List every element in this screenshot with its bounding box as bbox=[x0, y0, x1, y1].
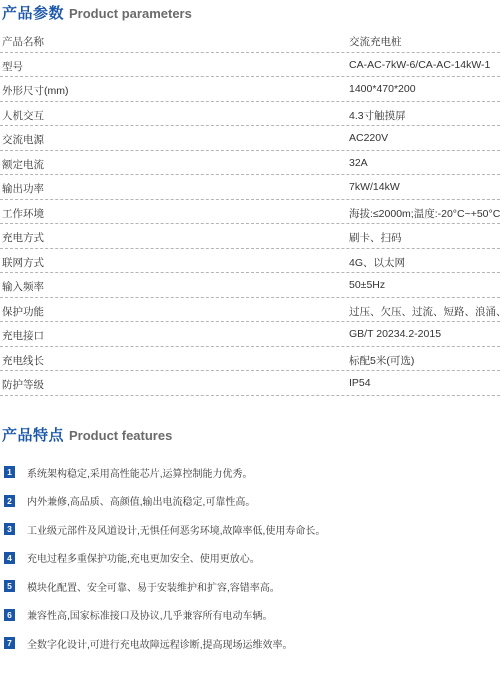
param-row-hmi: 人机交互 4.3寸触摸屏 bbox=[0, 102, 500, 127]
feature-number-badge: 7 bbox=[4, 637, 15, 649]
param-value: 7kW/14kW bbox=[349, 181, 400, 193]
feature-item: 1 系统架构稳定,采用高性能芯片,运算控制能力优秀。 bbox=[0, 458, 500, 487]
param-label: 交流电源 bbox=[2, 132, 44, 147]
param-label: 保护功能 bbox=[2, 304, 44, 319]
params-table: 产品名称 交流充电桩 型号 CA-AC-7kW-6/CA-AC-14kW-1 外… bbox=[0, 28, 500, 396]
param-row-product-name: 产品名称 交流充电桩 bbox=[0, 28, 500, 53]
param-value: 50±5Hz bbox=[349, 279, 385, 291]
param-label: 型号 bbox=[2, 59, 23, 74]
feature-number-badge: 4 bbox=[4, 552, 15, 564]
param-value: 刷卡、扫码 bbox=[349, 230, 402, 245]
param-row-protection: 保护功能 过压、欠压、过流、短路、浪涌、漏电等 bbox=[0, 298, 500, 323]
feature-text: 兼容性高,国家标准接口及协议,几乎兼容所有电动车辆。 bbox=[27, 607, 273, 622]
feature-number-badge: 1 bbox=[4, 466, 15, 478]
feature-text: 充电过程多重保护功能,充电更加安全、使用更放心。 bbox=[27, 550, 260, 565]
feature-number-badge: 3 bbox=[4, 523, 15, 535]
param-row-environment: 工作环境 海拔:≤2000m;温度:-20°C~+50°C bbox=[0, 200, 500, 225]
param-row-charging-method: 充电方式 刷卡、扫码 bbox=[0, 224, 500, 249]
features-list: 1 系统架构稳定,采用高性能芯片,运算控制能力优秀。 2 内外兼修,高品质、高颜… bbox=[0, 458, 500, 658]
feature-item: 3 工业级元部件及风道设计,无惧任何恶劣环境,故障率低,使用寿命长。 bbox=[0, 515, 500, 544]
param-value: GB/T 20234.2-2015 bbox=[349, 328, 441, 340]
param-label: 输入频率 bbox=[2, 279, 44, 294]
param-row-charging-interface: 充电接口 GB/T 20234.2-2015 bbox=[0, 322, 500, 347]
param-row-model: 型号 CA-AC-7kW-6/CA-AC-14kW-1 bbox=[0, 53, 500, 78]
feature-text: 全数字化设计,可进行充电故障远程诊断,提高现场运维效率。 bbox=[27, 636, 293, 651]
param-label: 产品名称 bbox=[2, 34, 44, 49]
feature-text: 系统架构稳定,采用高性能芯片,运算控制能力优秀。 bbox=[27, 465, 253, 480]
feature-text: 模块化配置、安全可靠、易于安装维护和扩容,容错率高。 bbox=[27, 579, 280, 594]
param-label: 充电方式 bbox=[2, 230, 44, 245]
feature-number-badge: 6 bbox=[4, 609, 15, 621]
param-label: 防护等级 bbox=[2, 377, 44, 392]
param-value: 4.3寸触摸屏 bbox=[349, 108, 406, 123]
params-title-en: Product parameters bbox=[69, 6, 192, 21]
param-row-ac-power: 交流电源 AC220V bbox=[0, 126, 500, 151]
feature-item: 4 充电过程多重保护功能,充电更加安全、使用更放心。 bbox=[0, 544, 500, 573]
param-value: 1400*470*200 bbox=[349, 83, 416, 95]
param-value: CA-AC-7kW-6/CA-AC-14kW-1 bbox=[349, 59, 490, 71]
params-title-zh: 产品参数 bbox=[2, 2, 64, 23]
param-value: 海拔:≤2000m;温度:-20°C~+50°C bbox=[349, 206, 500, 221]
param-label: 充电接口 bbox=[2, 328, 44, 343]
feature-item: 6 兼容性高,国家标准接口及协议,几乎兼容所有电动车辆。 bbox=[0, 601, 500, 630]
feature-number-badge: 5 bbox=[4, 580, 15, 592]
feature-item: 7 全数字化设计,可进行充电故障远程诊断,提高现场运维效率。 bbox=[0, 629, 500, 658]
features-title-zh: 产品特点 bbox=[2, 424, 64, 445]
feature-text: 工业级元部件及风道设计,无惧任何恶劣环境,故障率低,使用寿命长。 bbox=[27, 522, 325, 537]
feature-text: 内外兼修,高品质、高颜值,输出电流稳定,可靠性高。 bbox=[27, 493, 255, 508]
param-label: 输出功率 bbox=[2, 181, 44, 196]
param-label: 联网方式 bbox=[2, 255, 44, 270]
param-label: 外形尺寸(mm) bbox=[2, 83, 69, 98]
param-label: 充电线长 bbox=[2, 353, 44, 368]
param-value: 标配5米(可选) bbox=[349, 353, 414, 368]
param-value: 过压、欠压、过流、短路、浪涌、漏电等 bbox=[349, 304, 500, 319]
params-section-title: 产品参数 Product parameters bbox=[2, 2, 192, 23]
param-value: AC220V bbox=[349, 132, 388, 144]
param-label: 人机交互 bbox=[2, 108, 44, 123]
param-label: 工作环境 bbox=[2, 206, 44, 221]
param-row-cable-length: 充电线长 标配5米(可选) bbox=[0, 347, 500, 372]
param-row-input-frequency: 输入频率 50±5Hz bbox=[0, 273, 500, 298]
param-label: 额定电流 bbox=[2, 157, 44, 172]
param-row-dimensions: 外形尺寸(mm) 1400*470*200 bbox=[0, 77, 500, 102]
param-row-output-power: 输出功率 7kW/14kW bbox=[0, 175, 500, 200]
param-value: 32A bbox=[349, 157, 368, 169]
features-title-en: Product features bbox=[69, 428, 172, 443]
param-row-network: 联网方式 4G、以太网 bbox=[0, 249, 500, 274]
features-section-title: 产品特点 Product features bbox=[2, 424, 172, 445]
param-row-protection-grade: 防护等级 IP54 bbox=[0, 371, 500, 396]
feature-item: 5 模块化配置、安全可靠、易于安装维护和扩容,容错率高。 bbox=[0, 572, 500, 601]
feature-number-badge: 2 bbox=[4, 495, 15, 507]
param-value: 4G、以太网 bbox=[349, 255, 405, 270]
param-value: 交流充电桩 bbox=[349, 34, 402, 49]
param-value: IP54 bbox=[349, 377, 371, 389]
feature-item: 2 内外兼修,高品质、高颜值,输出电流稳定,可靠性高。 bbox=[0, 487, 500, 516]
param-row-rated-current: 额定电流 32A bbox=[0, 151, 500, 176]
